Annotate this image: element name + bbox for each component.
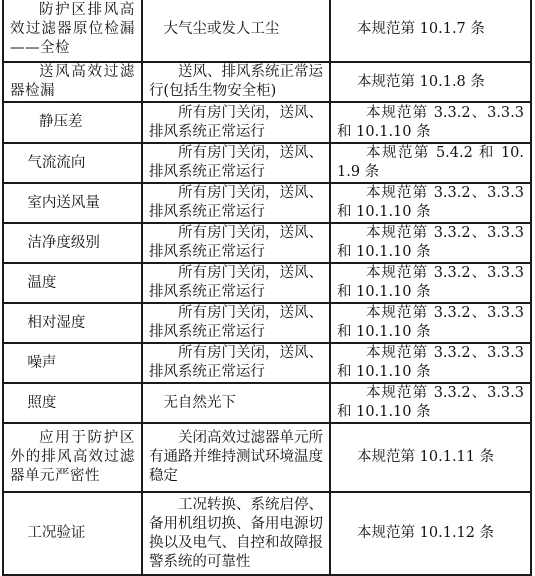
item-cell: 静压差: [3, 102, 142, 143]
condition-cell: 无自然光下: [142, 383, 330, 423]
table-row: 工况验证 工况转换、系统启停、备用机组切换、备用电源切换以及电气、自控和故障报警…: [3, 492, 531, 575]
item-cell: 气流流向: [3, 143, 142, 183]
table-row: 洁净度级别 所有房门关闭，送风、排风系统正常运行 本规范第 3.3.2、3.3.…: [3, 223, 531, 263]
item-cell: 防护区排风高效过滤器原位检漏——全检: [3, 0, 142, 62]
reference-cell: 本规范第 5.4.2 和 10.1.9 条: [330, 143, 531, 183]
reference-cell: 本规范第 10.1.12 条: [330, 492, 531, 575]
table-row: 室内送风量 所有房门关闭，送风、排风系统正常运行 本规范第 3.3.2、3.3.…: [3, 183, 531, 223]
condition-cell: 关闭高效过滤器单元所有通路并维持测试环境温度稳定: [142, 423, 330, 492]
condition-cell: 所有房门关闭，送风、排风系统正常运行: [142, 303, 330, 343]
item-cell: 应用于防护区外的排风高效过滤器单元严密性: [3, 423, 142, 492]
reference-cell: 本规范第 3.3.2、3.3.3 和 10.1.10 条: [330, 102, 531, 143]
item-cell: 照度: [3, 383, 142, 423]
reference-cell: 本规范第 3.3.2、3.3.3 和 10.1.10 条: [330, 263, 531, 303]
condition-cell: 工况转换、系统启停、备用机组切换、备用电源切换以及电气、自控和故障报警系统的可靠…: [142, 492, 330, 575]
item-cell: 洁净度级别: [3, 223, 142, 263]
reference-cell: 本规范第 3.3.2、3.3.3 和 10.1.10 条: [330, 383, 531, 423]
test-items-table: 防护区排风高效过滤器原位检漏——全检 大气尘或发人工尘 本规范第 10.1.7 …: [2, 0, 532, 576]
table-row: 照度 无自然光下 本规范第 3.3.2、3.3.3 和 10.1.10 条: [3, 383, 531, 423]
item-cell: 室内送风量: [3, 183, 142, 223]
reference-cell: 本规范第 10.1.8 条: [330, 62, 531, 102]
condition-cell: 所有房门关闭，送风、排风系统正常运行: [142, 263, 330, 303]
reference-cell: 本规范第 10.1.7 条: [330, 0, 531, 62]
reference-cell: 本规范第 3.3.2、3.3.3 和 10.1.10 条: [330, 183, 531, 223]
item-cell: 噪声: [3, 343, 142, 383]
table-row: 送风高效过滤器检漏 送风、排风系统正常运行(包括生物安全柜) 本规范第 10.1…: [3, 62, 531, 102]
reference-cell: 本规范第 10.1.11 条: [330, 423, 531, 492]
item-cell: 相对湿度: [3, 303, 142, 343]
table-row: 温度 所有房门关闭，送风、排风系统正常运行 本规范第 3.3.2、3.3.3 和…: [3, 263, 531, 303]
condition-cell: 所有房门关闭，送风、排风系统正常运行: [142, 223, 330, 263]
item-cell: 工况验证: [3, 492, 142, 575]
condition-cell: 所有房门关闭，送风、排风系统正常运行: [142, 143, 330, 183]
condition-cell: 所有房门关闭，送风、排风系统正常运行: [142, 343, 330, 383]
item-cell: 送风高效过滤器检漏: [3, 62, 142, 102]
condition-cell: 所有房门关闭，送风、排风系统正常运行: [142, 183, 330, 223]
reference-cell: 本规范第 3.3.2、3.3.3 和 10.1.10 条: [330, 223, 531, 263]
condition-cell: 送风、排风系统正常运行(包括生物安全柜): [142, 62, 330, 102]
table-row: 静压差 所有房门关闭，送风、排风系统正常运行 本规范第 3.3.2、3.3.3 …: [3, 102, 531, 143]
reference-cell: 本规范第 3.3.2、3.3.3 和 10.1.10 条: [330, 343, 531, 383]
reference-cell: 本规范第 3.3.2、3.3.3 和 10.1.10 条: [330, 303, 531, 343]
table-row: 气流流向 所有房门关闭，送风、排风系统正常运行 本规范第 5.4.2 和 10.…: [3, 143, 531, 183]
item-cell: 温度: [3, 263, 142, 303]
table-row: 相对湿度 所有房门关闭，送风、排风系统正常运行 本规范第 3.3.2、3.3.3…: [3, 303, 531, 343]
condition-cell: 所有房门关闭，送风、排风系统正常运行: [142, 102, 330, 143]
table-row: 防护区排风高效过滤器原位检漏——全检 大气尘或发人工尘 本规范第 10.1.7 …: [3, 0, 531, 62]
condition-cell: 大气尘或发人工尘: [142, 0, 330, 62]
table-row: 应用于防护区外的排风高效过滤器单元严密性 关闭高效过滤器单元所有通路并维持测试环…: [3, 423, 531, 492]
table-row: 噪声 所有房门关闭，送风、排风系统正常运行 本规范第 3.3.2、3.3.3 和…: [3, 343, 531, 383]
